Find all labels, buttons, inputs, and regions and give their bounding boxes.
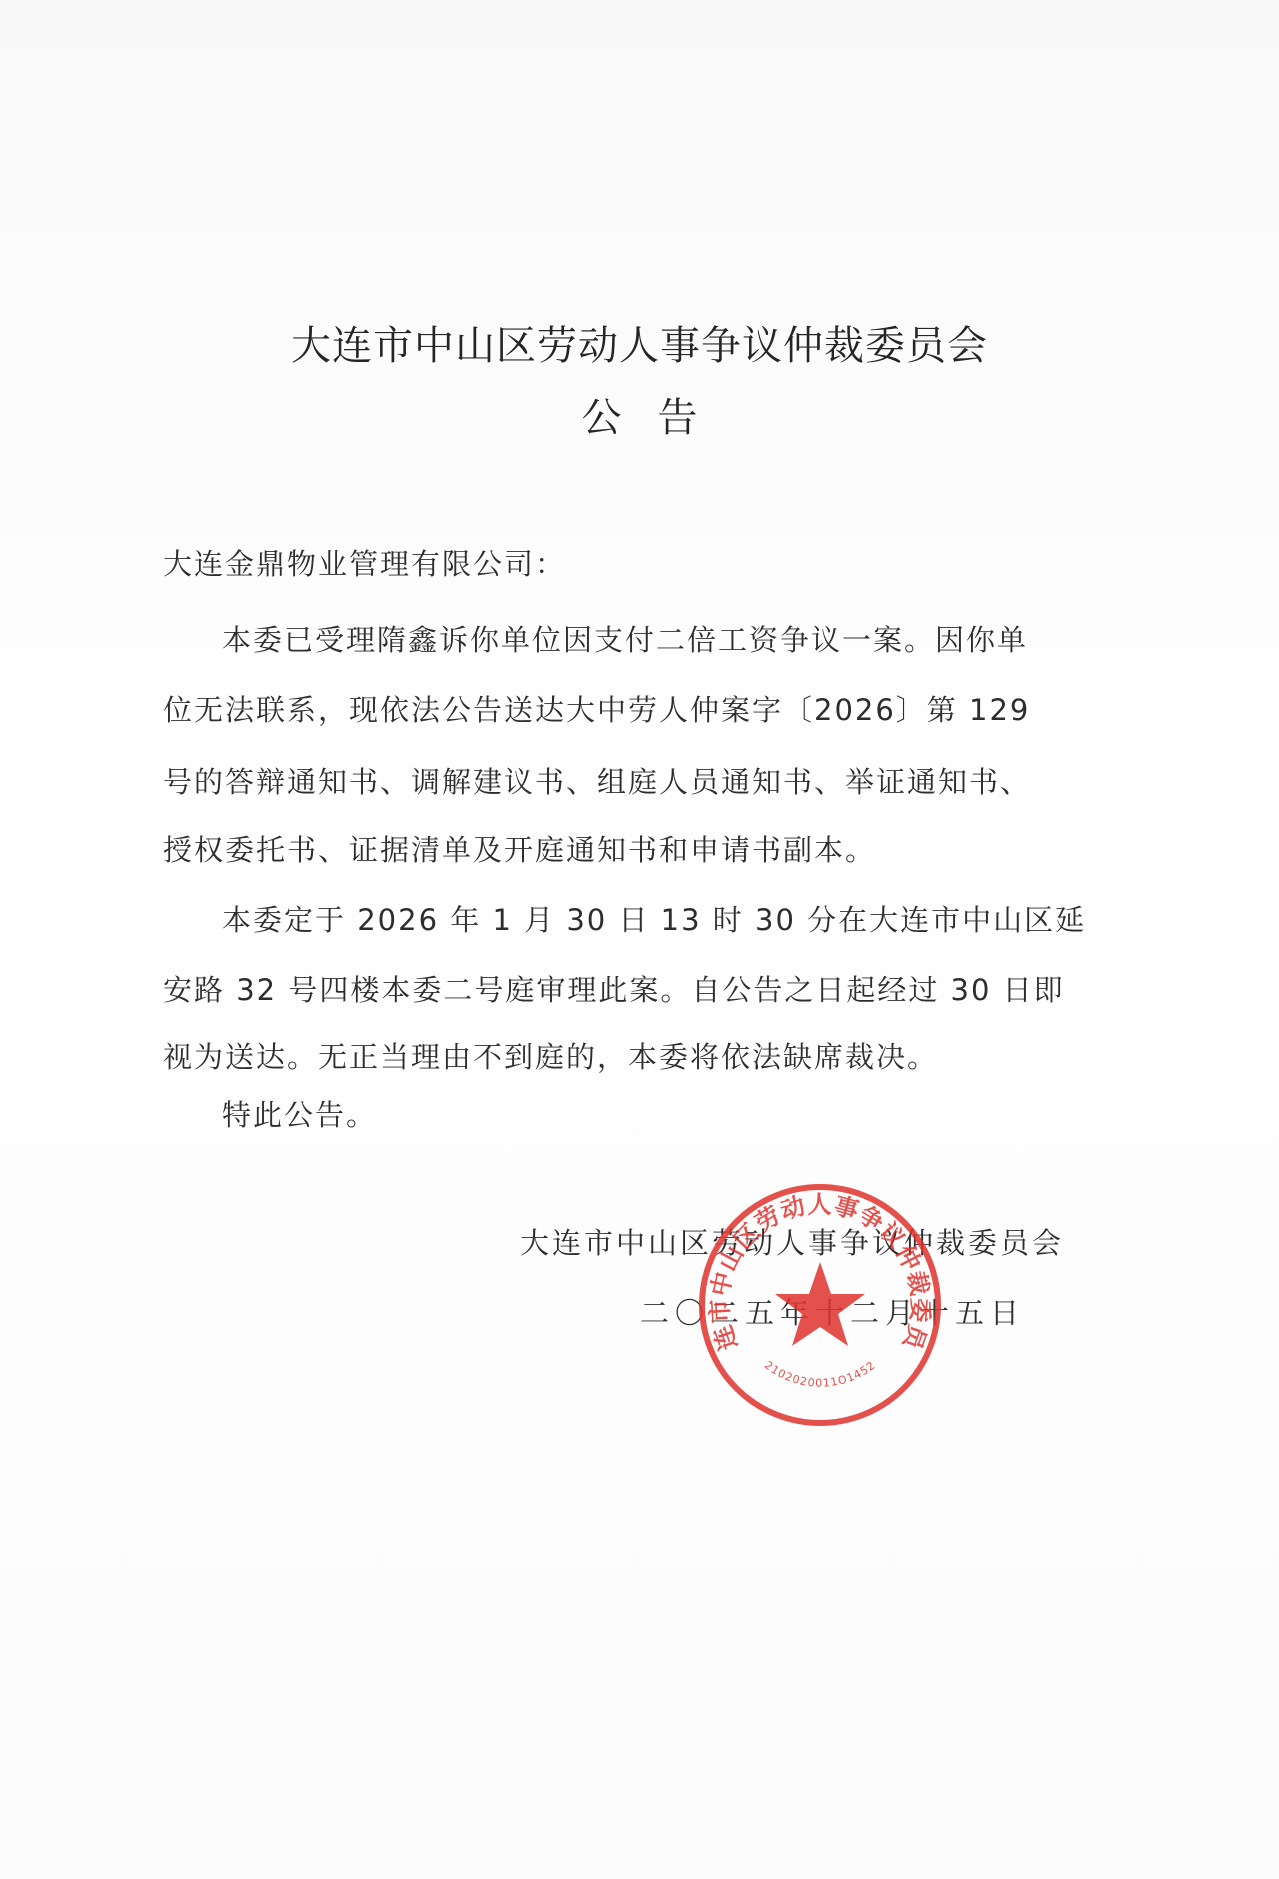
- body-line-6: 安路 32 号四楼本委二号庭审理此案。自公告之日起经过 30 日即: [163, 970, 1065, 1010]
- body-line-5: 本委定于 2026 年 1 月 30 日 13 时 30 分在大连市中山区延: [222, 900, 1086, 940]
- body-line-2: 位无法联系，现依法公告送达大中劳人仲案字〔2026〕第 129: [163, 690, 1030, 730]
- addressee: 大连金鼎物业管理有限公司：: [163, 544, 566, 584]
- svg-text:2102020011O1452: 2102020011O1452: [762, 1359, 878, 1390]
- document-title: 大连市中山区劳动人事争议仲裁委员会: [0, 318, 1279, 374]
- body-line-7: 视为送达。无正当理由不到庭的，本委将依法缺席裁决。: [163, 1037, 938, 1077]
- body-line-3: 号的答辩通知书、调解建议书、组庭人员通知书、举证通知书、: [163, 762, 1031, 802]
- document-page: 大连市中山区劳动人事争议仲裁委员会 公告 大连金鼎物业管理有限公司： 本委已受理…: [0, 0, 1279, 1879]
- body-line-4: 授权委托书、证据清单及开庭通知书和申请书副本。: [163, 830, 876, 870]
- closing-line: 特此公告。: [222, 1095, 377, 1135]
- official-seal-icon: 大连市中山区劳动人事争议仲裁委员会 2102020011O1452: [695, 1180, 945, 1430]
- document-subtitle: 公告: [0, 390, 1279, 446]
- body-line-1: 本委已受理隋鑫诉你单位因支付二倍工资争议一案。因你单: [222, 620, 1028, 660]
